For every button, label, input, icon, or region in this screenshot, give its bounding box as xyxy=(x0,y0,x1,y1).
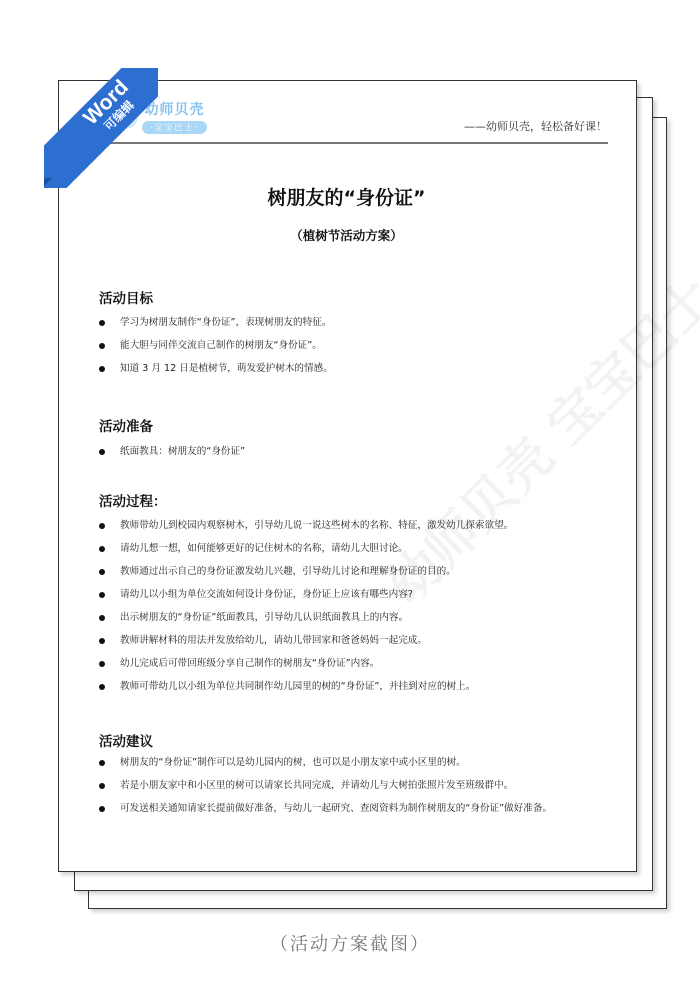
list-item: 教师带幼儿到校园内观察树木，引导幼儿说一说这些树木的名称、特征，激发幼儿探索欲望… xyxy=(99,519,513,542)
list-item: 请幼儿想一想，如何能够更好的记住树木的名称，请幼儿大胆讨论。 xyxy=(99,542,513,565)
section-heading-goals: 活动目标 xyxy=(99,287,153,307)
bullet-icon xyxy=(99,546,105,552)
list-item: 能大胆与同伴交流自己制作的树朋友“身份证”。 xyxy=(99,339,333,362)
header-slogan: ——幼师贝壳，轻松备好课！ xyxy=(464,118,607,134)
list-item: 教师讲解材料的用法并发放给幼儿，请幼儿带回家和爸爸妈妈一起完成。 xyxy=(99,634,513,657)
bullet-icon xyxy=(99,638,105,644)
bullet-icon xyxy=(99,343,105,349)
suggestions-list: 树朋友的“身份证”制作可以是幼儿园内的树，也可以是小朋友家中或小区里的树。 若是… xyxy=(99,756,552,825)
bullet-icon xyxy=(99,320,105,326)
list-item: 幼儿完成后可带回班级分享自己制作的树朋友“身份证”内容。 xyxy=(99,657,513,680)
list-item: 纸面教具：树朋友的“身份证” xyxy=(99,445,245,468)
bullet-icon xyxy=(99,783,105,789)
document-subtitle: （植树节活动方案） xyxy=(58,226,635,244)
bullet-icon xyxy=(99,449,105,455)
list-item: 学习为树朋友制作“身份证”，表现树朋友的特征。 xyxy=(99,316,333,339)
badge-fold xyxy=(44,178,52,186)
list-item: 教师可带幼儿以小组为单位共同制作幼儿园里的树的“身份证”，并挂到对应的树上。 xyxy=(99,680,513,703)
list-item: 知道 3 月 12 日是植树节，萌发爱护树木的情感。 xyxy=(99,362,333,385)
section-heading-suggestions: 活动建议 xyxy=(99,730,153,750)
word-editable-badge: Word 可编辑 xyxy=(44,68,158,188)
bullet-icon xyxy=(99,684,105,690)
list-item: 若是小朋友家中和小区里的树可以请家长共同完成，并请幼儿与大树拍张照片发至班级群中… xyxy=(99,779,552,802)
bullet-icon xyxy=(99,592,105,598)
list-item: 树朋友的“身份证”制作可以是幼儿园内的树，也可以是小朋友家中或小区里的树。 xyxy=(99,756,552,779)
list-item: 教师通过出示自己的身份证激发幼儿兴趣，引导幼儿讨论和理解身份证的目的。 xyxy=(99,565,513,588)
list-item: 出示树朋友的“身份证”纸面教具，引导幼儿认识纸面教具上的内容。 xyxy=(99,611,513,634)
header-divider xyxy=(98,142,608,144)
preparation-list: 纸面教具：树朋友的“身份证” xyxy=(99,445,245,468)
list-item: 可发送相关通知请家长提前做好准备，与幼儿一起研究、查阅资料为制作树朋友的“身份证… xyxy=(99,802,552,825)
bullet-icon xyxy=(99,661,105,667)
bullet-icon xyxy=(99,523,105,529)
process-list: 教师带幼儿到校园内观察树木，引导幼儿说一说这些树木的名称、特征，激发幼儿探索欲望… xyxy=(99,519,513,703)
bullet-icon xyxy=(99,615,105,621)
figure-caption: （活动方案截图） xyxy=(0,930,700,956)
list-item: 请幼儿以小组为单位交流如何设计身份证，身份证上应该有哪些内容? xyxy=(99,588,513,611)
bullet-icon xyxy=(99,366,105,372)
section-heading-preparation: 活动准备 xyxy=(99,415,153,435)
bullet-icon xyxy=(99,806,105,812)
bullet-icon xyxy=(99,569,105,575)
section-heading-process: 活动过程： xyxy=(99,490,167,510)
goals-list: 学习为树朋友制作“身份证”，表现树朋友的特征。 能大胆与同伴交流自己制作的树朋友… xyxy=(99,316,333,385)
bullet-icon xyxy=(99,760,105,766)
